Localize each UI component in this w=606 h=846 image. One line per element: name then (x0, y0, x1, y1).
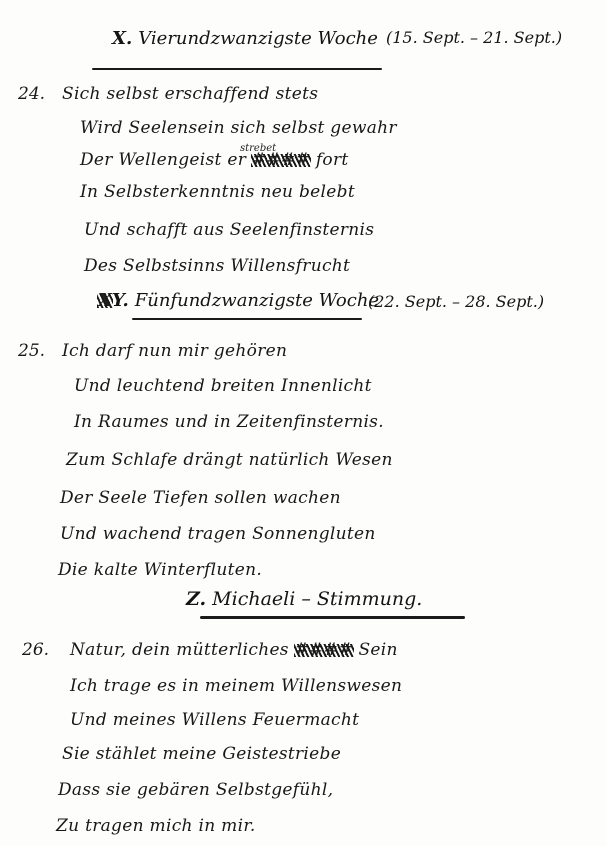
heading-underline (200, 616, 465, 619)
verse-24-line-4: In Selbsterkenntnis neu belebt (80, 184, 355, 201)
verse-25-line-2: Und leuchtend breiten Innenlicht (74, 378, 372, 395)
heading-underline (132, 318, 362, 320)
verse-25-line-3: In Raumes und in Zeitenfinsternis. (74, 414, 384, 431)
verse-24-line-3: Der Wellengeist er #### fort (80, 152, 349, 169)
verse-25-line-4: Zum Schlafe drängt natürlich Wesen (66, 452, 393, 469)
struck-word: #### (295, 642, 353, 659)
verse-24-line-2: Wird Seelensein sich selbst gewahr (80, 120, 397, 137)
heading-dates-week-25: (22. Sept. – 28. Sept.) (368, 294, 544, 310)
manuscript-page: X.Vierundzwanzigste Woche (15. Sept. – 2… (0, 0, 606, 846)
heading-title: Vierundzwanzigste Woche (138, 30, 378, 48)
section-mark: Z. (186, 588, 206, 610)
verse-24-line-5: Und schafft aus Seelenfinsternis (84, 222, 374, 239)
heading-dates-week-24: (15. Sept. – 21. Sept.) (386, 30, 562, 46)
line-text: Natur, dein mütterliches (70, 640, 289, 660)
verse-26-line-5: Dass sie gebären Selbstgefühl, (58, 782, 333, 799)
line-text-after: fort (316, 150, 349, 170)
section-mark: XY. (98, 290, 129, 311)
verse-26-line-1: Natur, dein mütterliches #### Sein (70, 642, 398, 659)
verse-25-line-1: Ich darf nun mir gehören (62, 343, 287, 360)
verse-26-line-2: Ich trage es in meinem Willenswesen (70, 678, 402, 695)
verse-25-line-6: Und wachend tragen Sonnengluten (60, 526, 376, 543)
heading-underline (92, 68, 382, 70)
verse-26-line-6: Zu tragen mich in mir. (56, 818, 256, 835)
verse-24-line-6: Des Selbstsinns Willensfrucht (84, 258, 350, 275)
heading-title: Michaeli – Stimmung. (212, 590, 422, 609)
verse-25-line-7: Die kalte Winterfluten. (58, 562, 262, 579)
verse-26-line-4: Sie stählet meine Geistestriebe (62, 746, 341, 763)
inserted-word: strebet (240, 143, 276, 154)
heading-week-24: X.Vierundzwanzigste Woche (112, 30, 378, 48)
heading-week-25: XY.Fünfundzwanzigste Woche (98, 292, 379, 310)
heading-title: Fünfundzwanzigste Woche (135, 292, 379, 310)
verse-26-line-3: Und meines Willens Feuermacht (70, 712, 359, 729)
line-text: Der Wellengeist er (80, 150, 246, 170)
verse-24-line-1: Sich selbst erschaffend stets (62, 86, 318, 103)
verse-number-24: 24. (18, 86, 45, 103)
verse-number-25: 25. (18, 343, 45, 360)
heading-michaeli: Z.Michaeli – Stimmung. (186, 590, 422, 609)
struck-word: #### (252, 152, 310, 169)
line-text-after: Sein (358, 640, 397, 660)
struck-mark: X (98, 292, 112, 310)
verse-25-line-5: Der Seele Tiefen sollen wachen (60, 490, 341, 507)
verse-number-26: 26. (22, 642, 49, 659)
section-mark: X. (112, 28, 132, 49)
